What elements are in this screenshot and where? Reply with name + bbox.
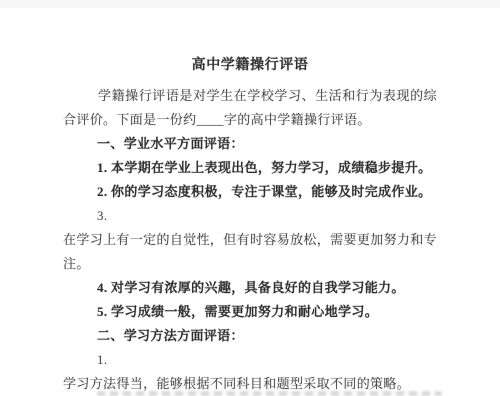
- section-1-item-4: 4. 对学习有浓厚的兴趣，具备良好的自我学习能力。: [63, 276, 437, 300]
- document-title: 高中学籍操行评语: [63, 54, 437, 78]
- section-2-item-1-number: 1.: [63, 348, 437, 372]
- section-1-item-2: 2. 你的学习态度积极，专注于课堂，能够及时完成作业。: [63, 180, 437, 204]
- section-1-item-1: 1. 本学期在学业上表现出色，努力学习，成绩稳步提升。: [63, 156, 437, 180]
- section-1-item-3-number: 3.: [63, 204, 437, 228]
- intro-paragraph: 学籍操行评语是对学生在学校学习、生活和行为表现的综合评价。下面是一份约____字…: [63, 84, 437, 132]
- section-1-item-5: 5. 学习成绩一般，需要更加努力和耐心地学习。: [63, 300, 437, 324]
- section-1-heading: 一、学业水平方面评语：: [63, 132, 437, 156]
- cut-off-text-line-ghost: [97, 391, 442, 396]
- document-page: 高中学籍操行评语 学籍操行评语是对学生在学校学习、生活和行为表现的综合评价。下面…: [63, 54, 437, 396]
- page-top-edge-band: [0, 0, 500, 8]
- section-2-heading: 二、学习方法方面评语：: [63, 324, 437, 348]
- section-1-item-3-text: 在学习上有一定的自觉性，但有时容易放松，需要更加努力和专注。: [63, 228, 437, 276]
